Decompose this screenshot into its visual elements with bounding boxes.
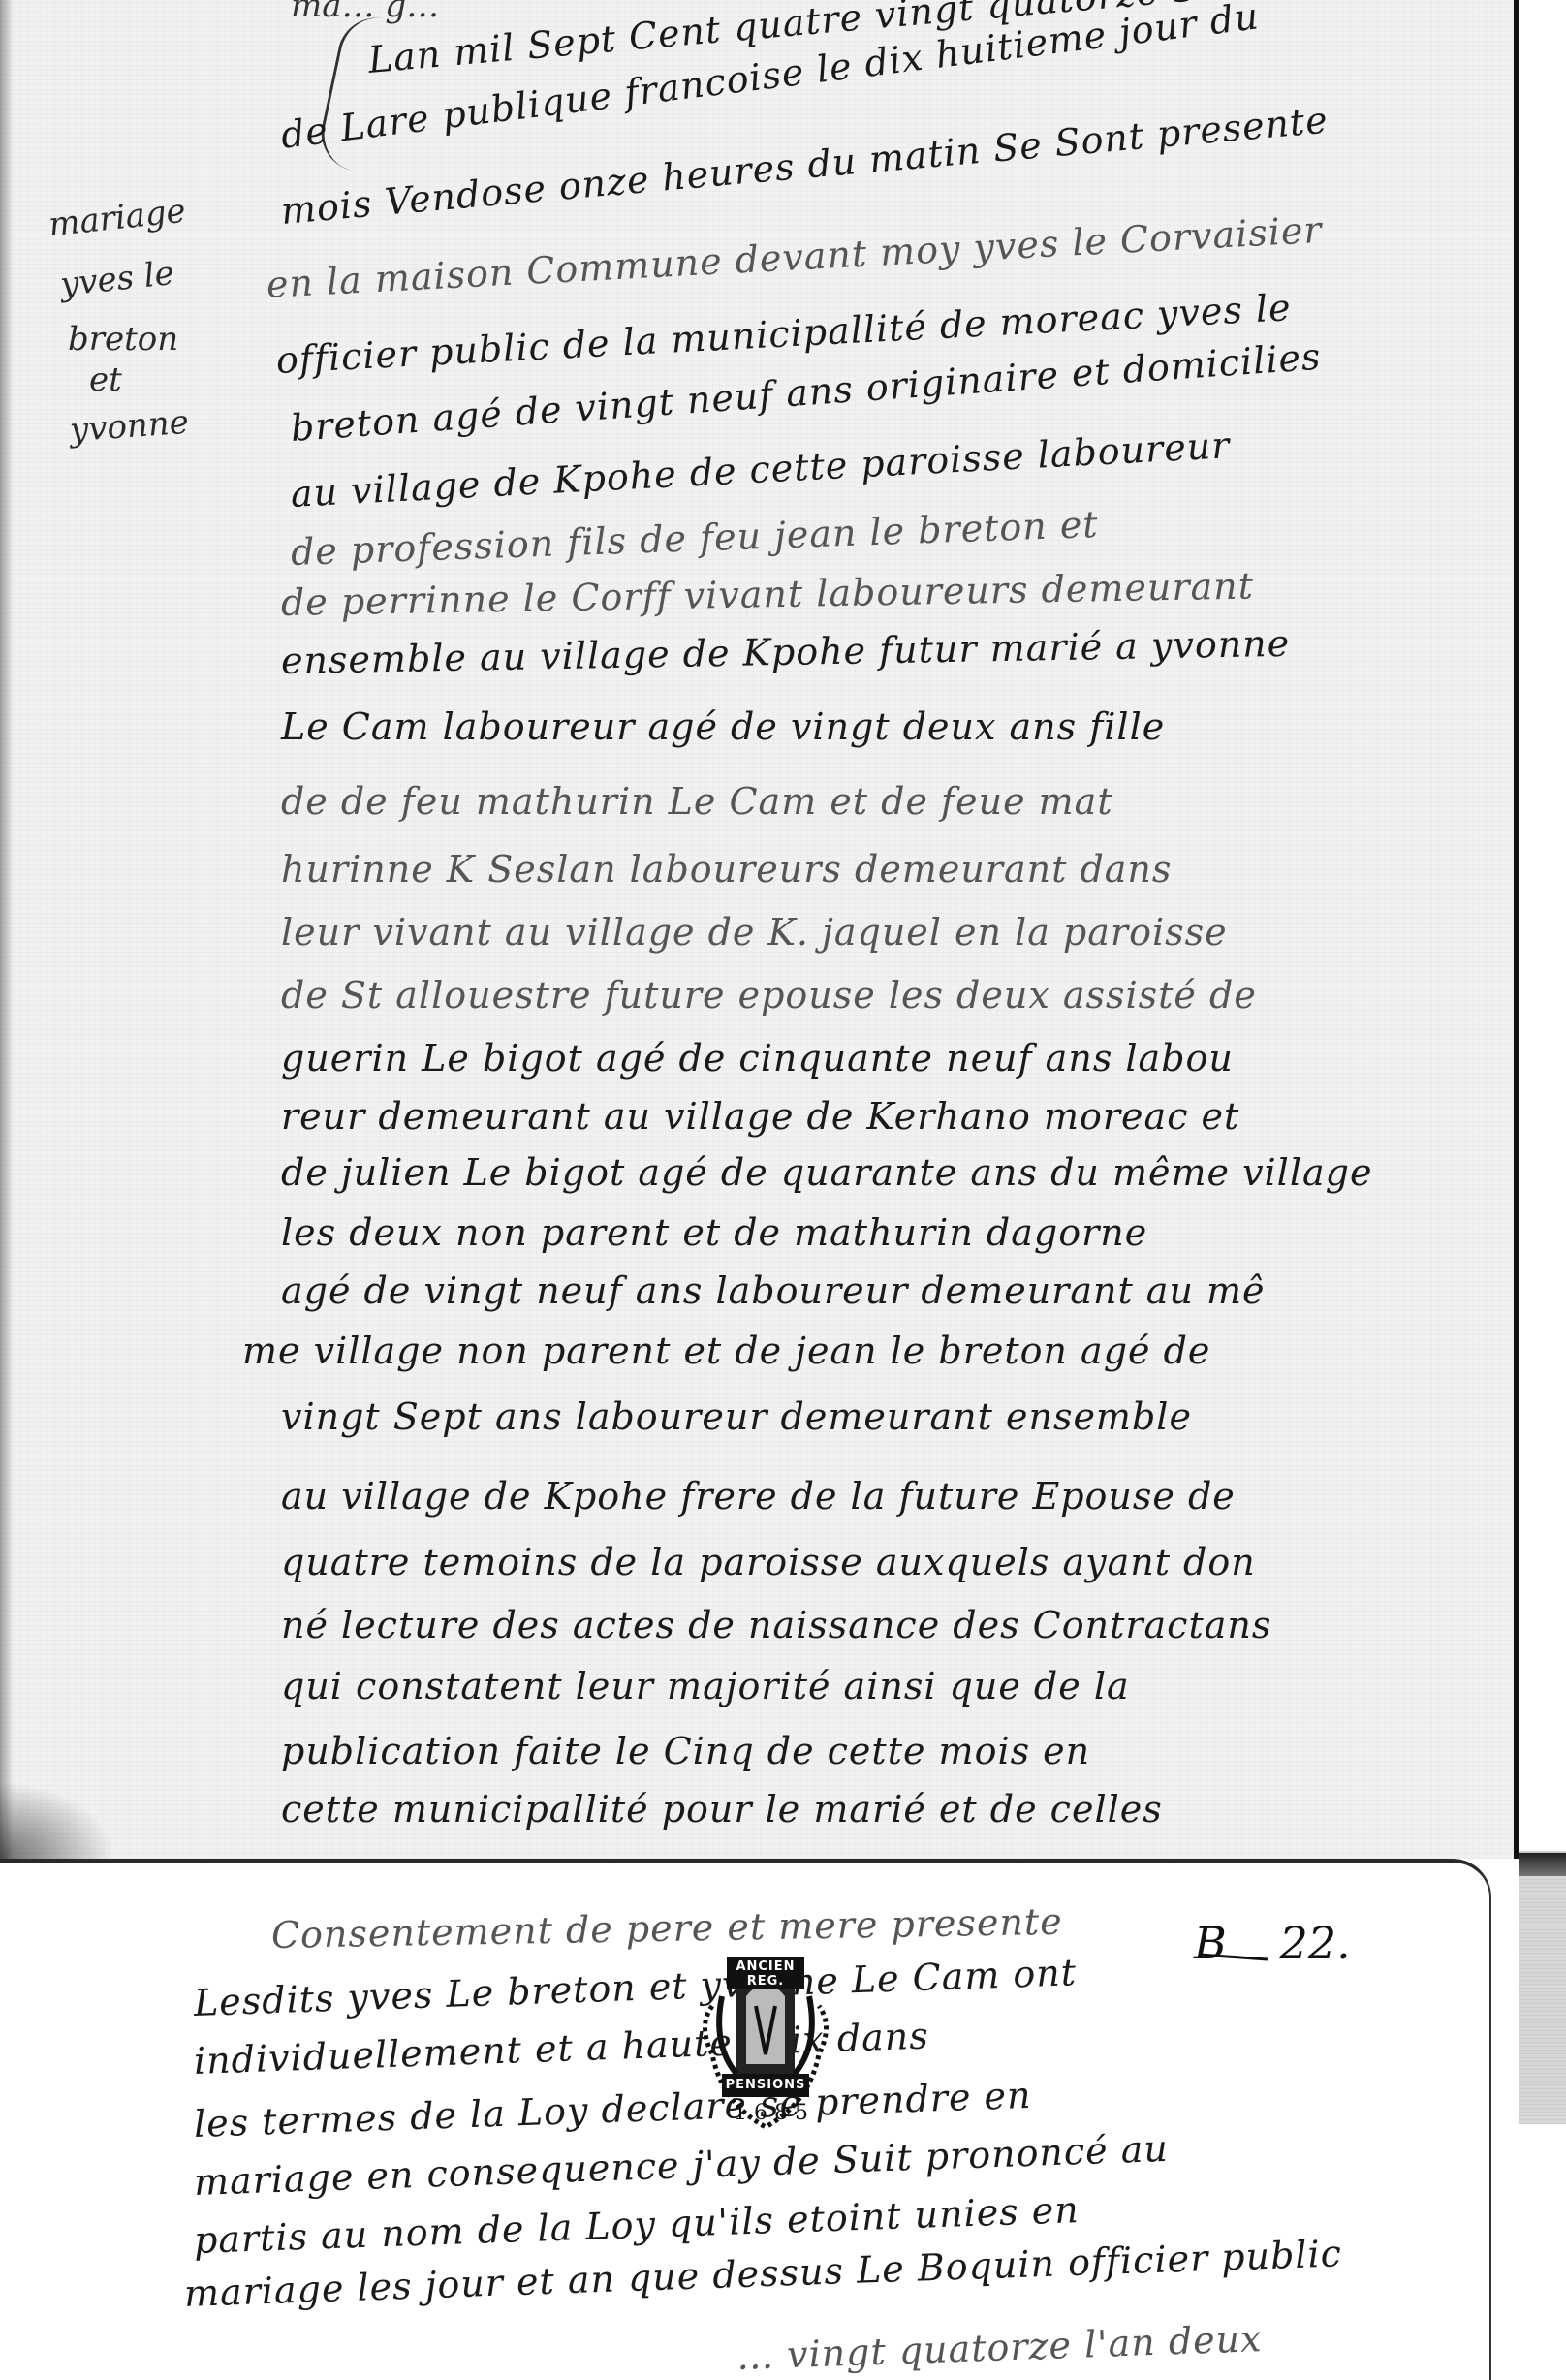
scan-edge-shadow bbox=[1519, 1853, 1566, 1876]
page-corner-shadow bbox=[0, 1781, 116, 1859]
entry-line: me village non parent et de jean le bret… bbox=[242, 1330, 1210, 1372]
entry-line: au village de Kpohe frere de la future E… bbox=[281, 1475, 1236, 1518]
entry-line: guerin Le bigot agé de cinquante neuf an… bbox=[281, 1037, 1234, 1080]
stamp-bottom-text: PENSIONS bbox=[722, 2078, 809, 2092]
scan-edge-band bbox=[1519, 1851, 1566, 2124]
stamp-year: 1 6 8 5 bbox=[734, 2101, 808, 2125]
folio-letter: B bbox=[1194, 1917, 1227, 1969]
entry-line: de julien Le bigot agé de quarante ans d… bbox=[281, 1151, 1372, 1194]
margin-note-line: yvonne bbox=[69, 403, 190, 450]
margin-note-line: breton bbox=[68, 320, 178, 359]
entry-line: agé de vingt neuf ans laboureur demeuran… bbox=[281, 1269, 1266, 1312]
entry-line: leur vivant au village de K. jaquel en l… bbox=[281, 911, 1228, 954]
page-edge-shadow bbox=[0, 0, 14, 1859]
margin-note-line: et bbox=[89, 360, 122, 399]
entry-line: quatre temoins de la paroisse auxquels a… bbox=[281, 1541, 1256, 1583]
entry-line: publication faite le Cinq de cette mois … bbox=[281, 1730, 1090, 1772]
entry-line: né lecture des actes de naissance des Co… bbox=[281, 1604, 1271, 1646]
entry-line: de de feu mathurin Le Cam et de feue mat bbox=[281, 780, 1113, 823]
stamp-top-text: ANCIEN REG. bbox=[727, 1959, 804, 1989]
entry-line: de St allouestre future epouse les deux … bbox=[281, 974, 1257, 1017]
entry-line: reur demeurant au village de Kerhano mor… bbox=[281, 1095, 1239, 1138]
tax-stamp: ANCIEN REG. PENSIONS 1 6 8 5 bbox=[693, 1938, 838, 2132]
folio-number: 22. bbox=[1279, 1917, 1350, 1969]
entry-line: cette municipallité pour le marié et de … bbox=[281, 1788, 1163, 1831]
entry-line: les deux non parent et de mathurin dagor… bbox=[281, 1211, 1147, 1254]
entry-line: vingt Sept ans laboureur demeurant ensem… bbox=[281, 1395, 1192, 1438]
entry-line: qui constatent leur majorité ainsi que d… bbox=[281, 1665, 1130, 1707]
folio-mark: B 22. bbox=[1194, 1917, 1351, 1969]
entry-line: hurinne K Seslan laboureurs demeurant da… bbox=[281, 848, 1172, 891]
entry-line: Le Cam laboureur agé de vingt deux ans f… bbox=[281, 705, 1165, 748]
